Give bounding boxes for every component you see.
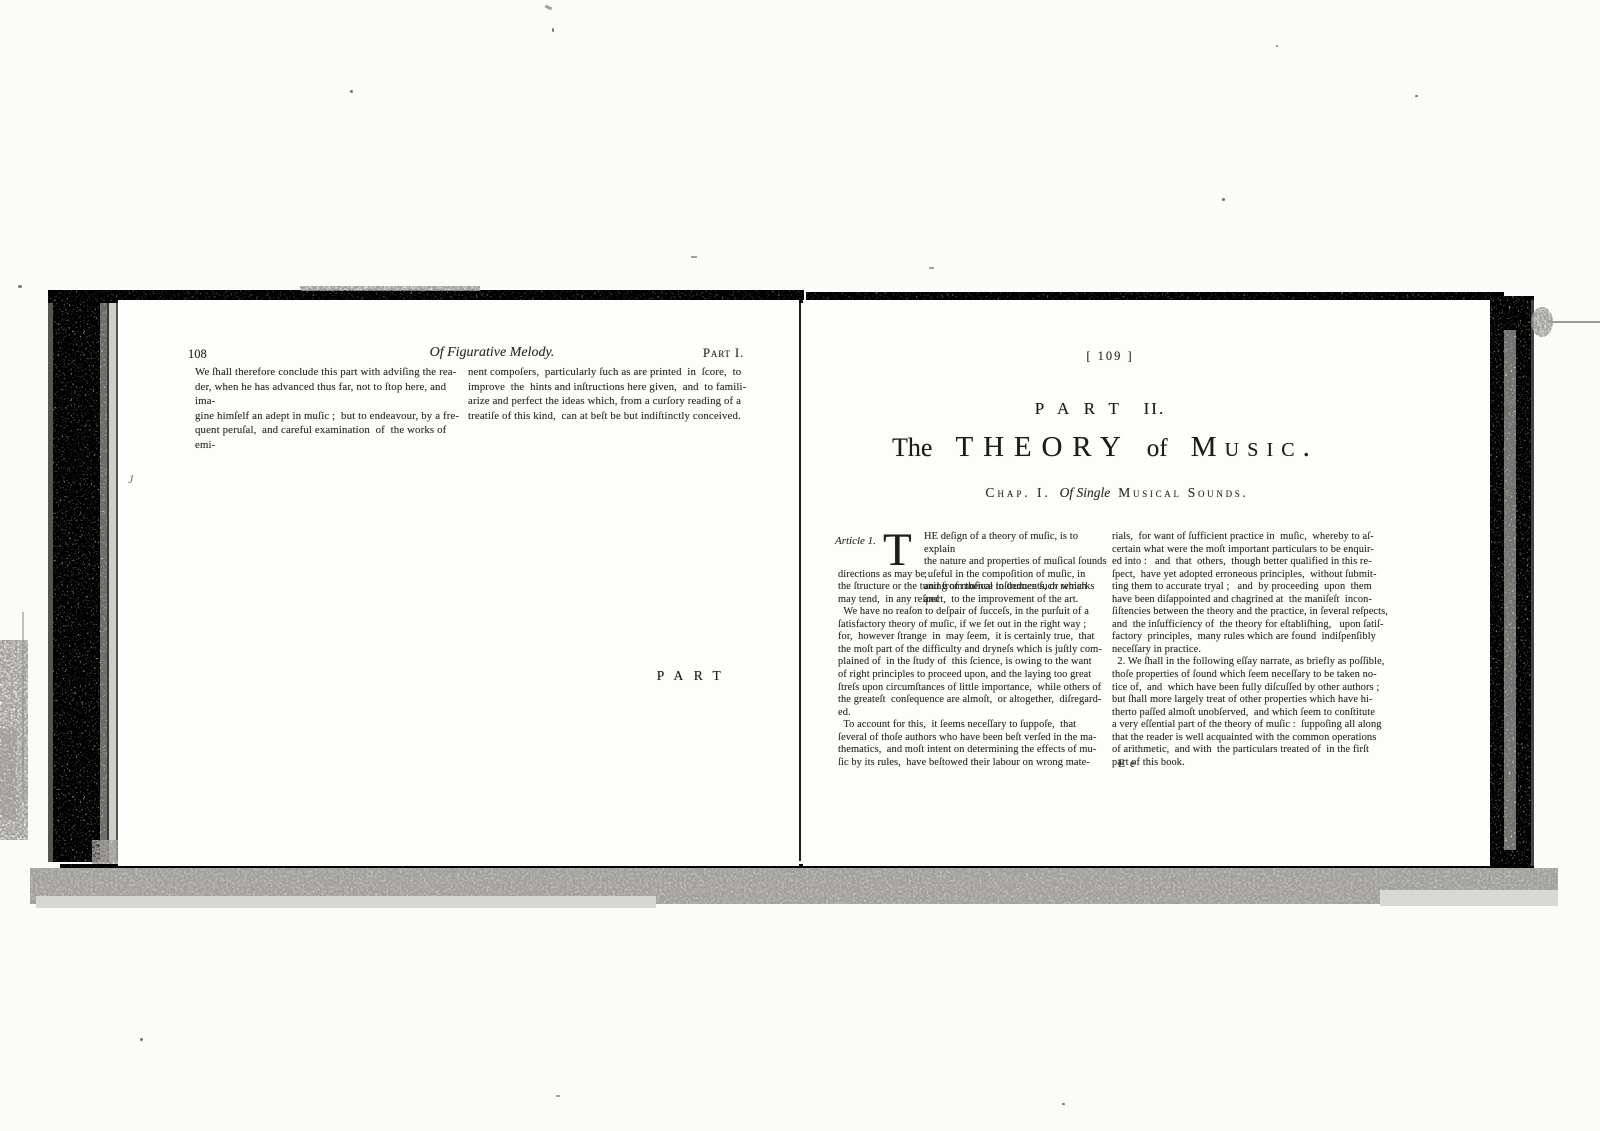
book-title: The THEORY of Music. xyxy=(830,431,1380,464)
dust-speck xyxy=(552,28,554,32)
chapter-of-single: Of Single xyxy=(1060,485,1111,500)
title-the: The xyxy=(892,433,932,462)
title-theory: THEORY xyxy=(956,431,1131,463)
title-music: Music. xyxy=(1191,431,1318,463)
left-part-label: Part I. xyxy=(618,345,744,361)
left-catchword: PART xyxy=(634,668,754,684)
left-page: 108 Of Figurative Melody. Part I. We ſha… xyxy=(118,300,799,866)
dust-speck xyxy=(929,267,934,269)
left-column-2: nent compoſers, particularly ſuch as are… xyxy=(468,365,750,423)
left-page-number: 108 xyxy=(188,347,207,362)
dust-speck xyxy=(18,285,22,288)
dust-speck xyxy=(691,256,697,258)
dust-speck xyxy=(1415,95,1418,97)
dust-speck xyxy=(545,5,553,11)
left-column-1: We ſhall therefore conclude this part wi… xyxy=(195,365,467,453)
dust-speck xyxy=(556,1095,560,1097)
chapter-subject: Musical Sounds. xyxy=(1118,485,1248,500)
dust-speck xyxy=(1062,1103,1065,1105)
part-heading-numeral: II. xyxy=(1144,399,1166,418)
left-margin-smudges xyxy=(0,612,28,840)
chapter-heading: Chap. I. Of Single Musical Sounds. xyxy=(917,485,1317,501)
right-column-1: directions as may be uſeful in the compo… xyxy=(838,569,1112,770)
right-page-number: [ 109 ] xyxy=(1030,349,1190,364)
book-bottom-shadow xyxy=(30,868,1558,908)
dust-speck xyxy=(1222,198,1225,201)
right-page: [ 109 ] PARTII. The THEORY of Music. Cha… xyxy=(803,300,1490,866)
left-margin-mark: J xyxy=(128,472,133,487)
right-column-2: rials, for want of ſufficient practice i… xyxy=(1112,531,1400,769)
chapter-label: Chap. I. xyxy=(985,485,1050,500)
title-of: of xyxy=(1147,435,1168,462)
dust-speck xyxy=(1276,45,1278,47)
book-scan: 108 Of Figurative Melody. Part I. We ſha… xyxy=(0,0,1600,1131)
part-heading: PARTII. xyxy=(920,399,1280,419)
gathering-signature: E e xyxy=(1118,758,1136,770)
right-book-edge xyxy=(1490,296,1600,868)
dust-speck xyxy=(140,1038,143,1041)
part-heading-word: PART xyxy=(1035,399,1134,418)
dust-speck xyxy=(350,90,353,93)
left-running-title: Of Figurative Melody. xyxy=(342,345,642,361)
